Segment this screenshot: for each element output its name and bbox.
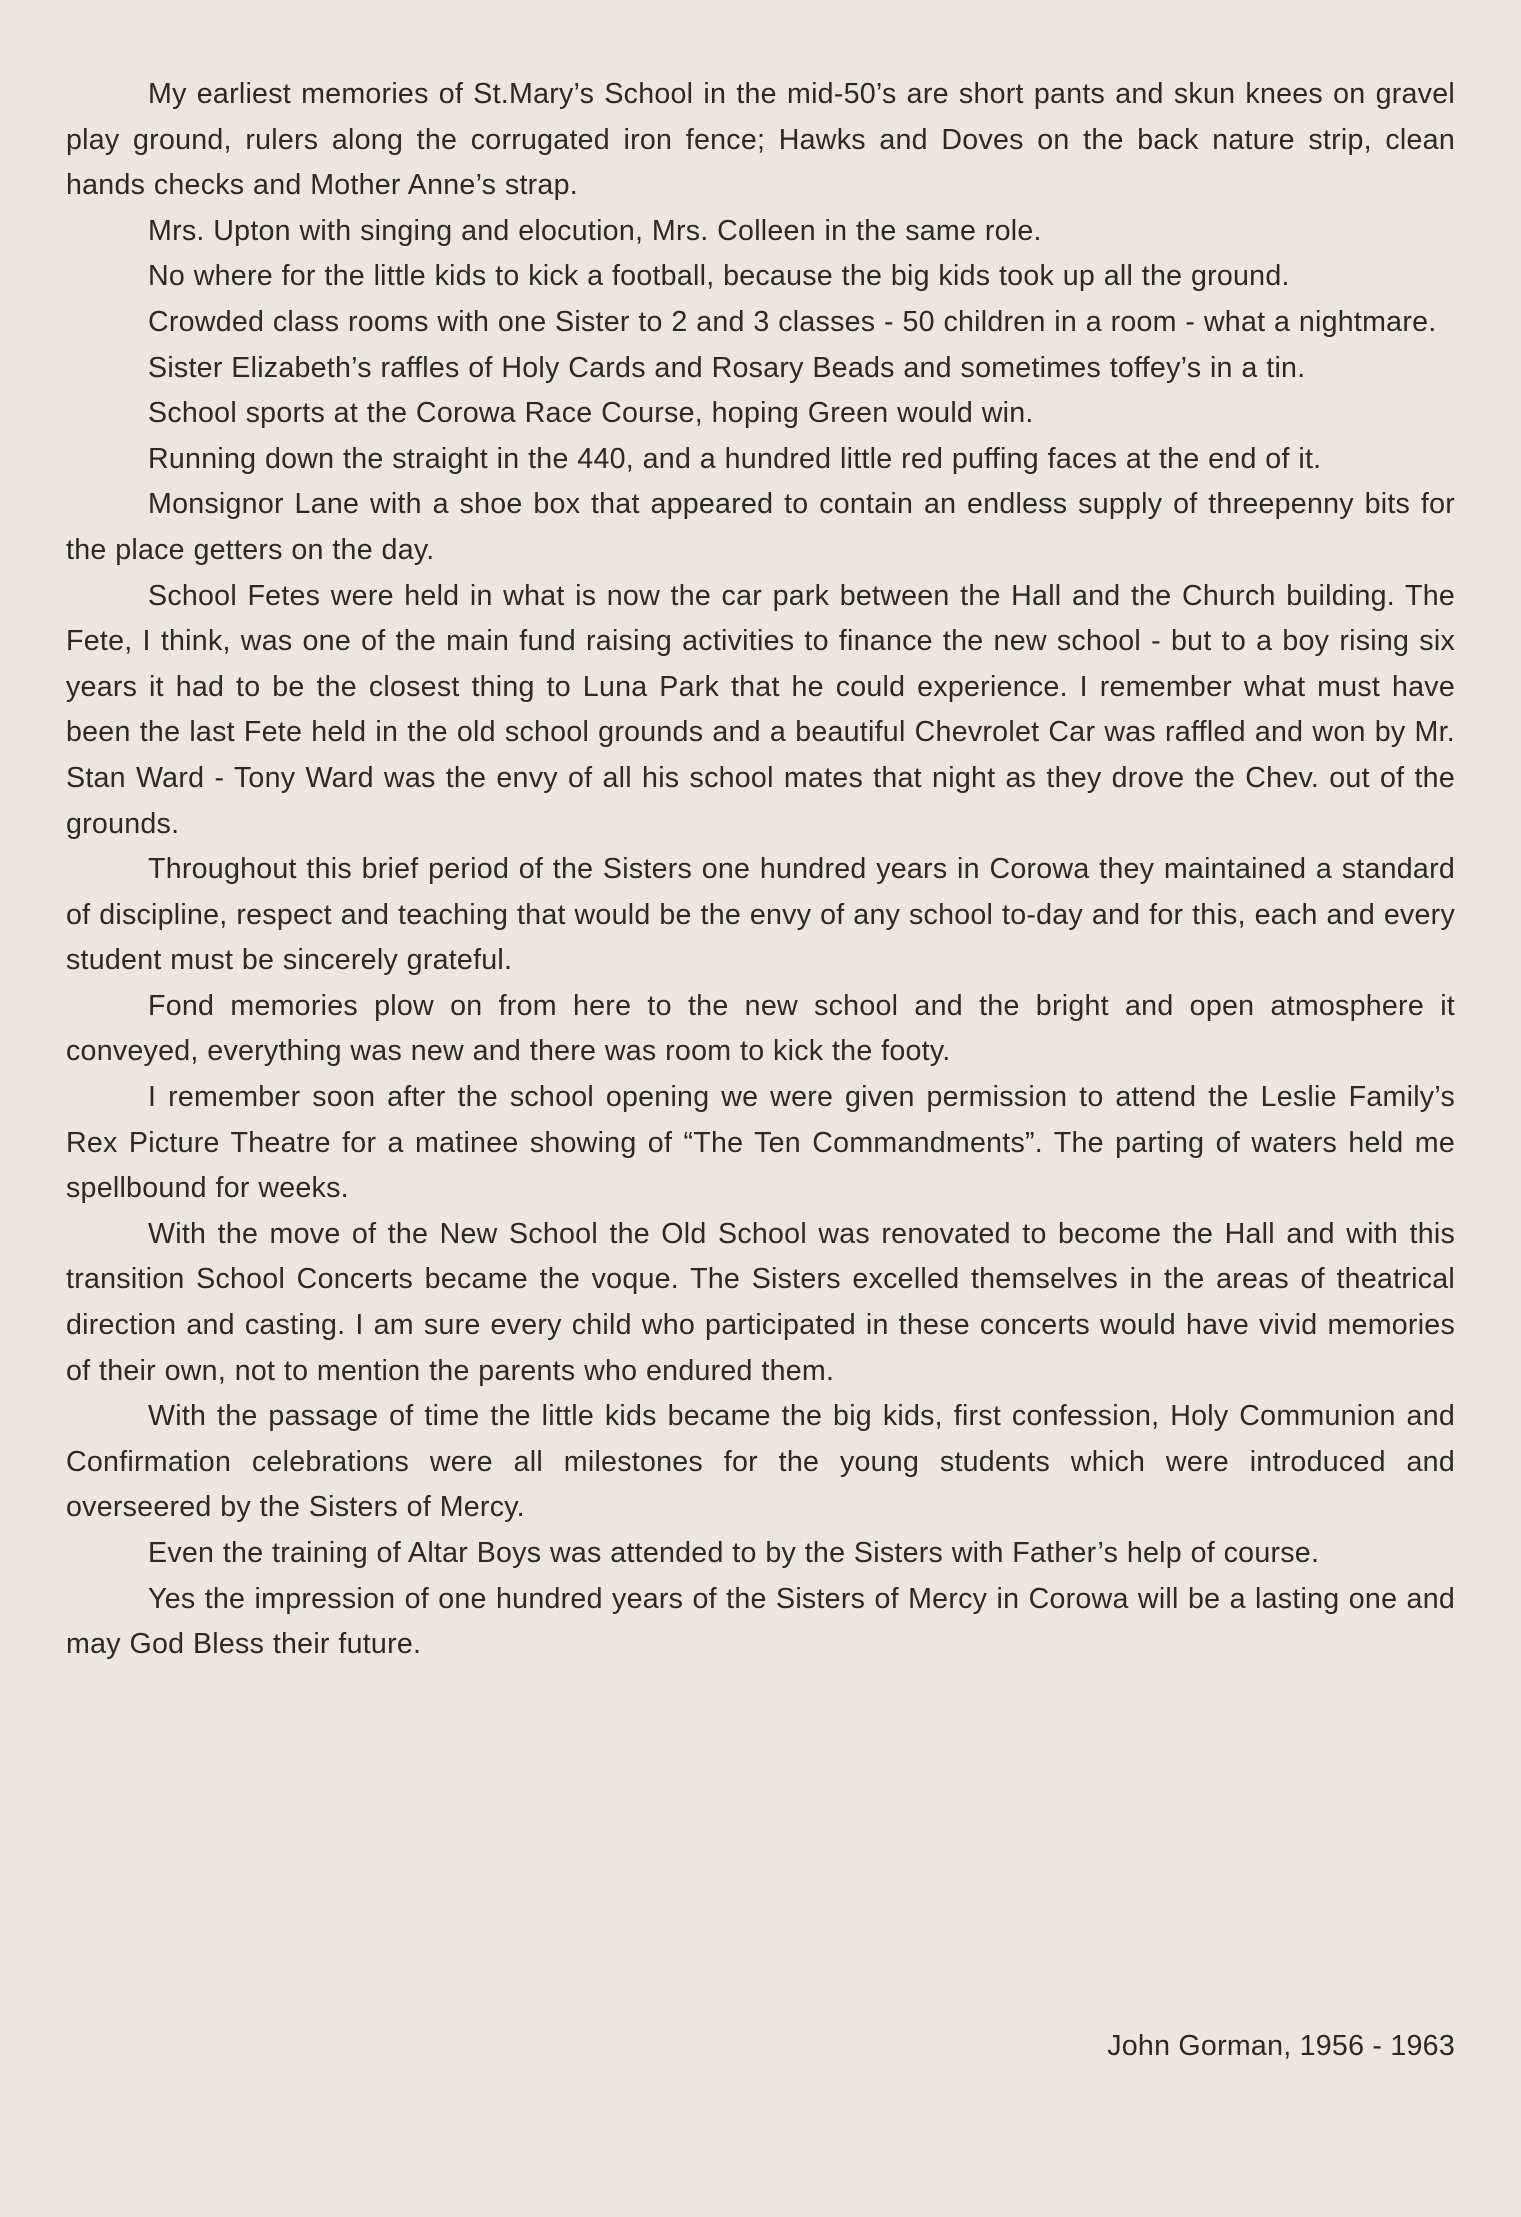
- paragraph-fond-memories: Fond memories plow on from here to the n…: [66, 984, 1455, 1075]
- paragraph-ten-commandments: I remember soon after the school opening…: [66, 1075, 1455, 1212]
- paragraph-passage-of-time: With the passage of time the little kids…: [66, 1394, 1455, 1531]
- paragraph-closing-blessing: Yes the impression of one hundred years …: [66, 1577, 1455, 1668]
- paragraph-earliest-memories: My earliest memories of St.Mary’s School…: [66, 72, 1455, 209]
- paragraph-raffles: Sister Elizabeth’s raffles of Holy Cards…: [66, 346, 1455, 392]
- paragraph-altar-boys: Even the training of Altar Boys was atte…: [66, 1531, 1455, 1577]
- paragraph-brief-period: Throughout this brief period of the Sist…: [66, 847, 1455, 984]
- document-body: My earliest memories of St.Mary’s School…: [66, 72, 1455, 1668]
- paragraph-running-440: Running down the straight in the 440, an…: [66, 437, 1455, 483]
- paragraph-monsignor-lane: Monsignor Lane with a shoe box that appe…: [66, 482, 1455, 573]
- paragraph-school-fetes: School Fetes were held in what is now th…: [66, 574, 1455, 848]
- paragraph-crowded-classrooms: Crowded class rooms with one Sister to 2…: [66, 300, 1455, 346]
- author-signature: John Gorman, 1956 - 1963: [66, 2024, 1455, 2070]
- paragraph-mrs-upton: Mrs. Upton with singing and elocution, M…: [66, 209, 1455, 255]
- paragraph-school-concerts: With the move of the New School the Old …: [66, 1212, 1455, 1394]
- paragraph-football: No where for the little kids to kick a f…: [66, 254, 1455, 300]
- paragraph-school-sports: School sports at the Corowa Race Course,…: [66, 391, 1455, 437]
